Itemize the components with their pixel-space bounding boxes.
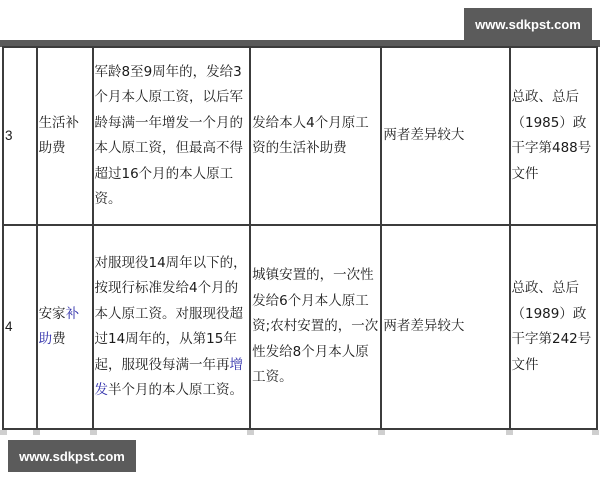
- border-stub: [247, 430, 254, 435]
- watermark-bottom: www.sdkpst.com: [8, 440, 136, 472]
- row-number: 4: [3, 225, 37, 429]
- border-stub: [506, 430, 513, 435]
- item-name: 安家补助费: [37, 225, 93, 429]
- border-stub: [90, 430, 97, 435]
- source-document: 总政、总后（1985）政干字第488号文件: [510, 47, 598, 225]
- item-name: 生活补助费: [37, 47, 93, 225]
- old-policy-text: 对服现役14周年以下的，按现行标准发给4个月的本人原工资。对服现役超过14周年的…: [95, 255, 247, 373]
- border-stub: [0, 430, 7, 435]
- row-number: 3: [3, 47, 37, 225]
- watermark-top: www.sdkpst.com: [464, 8, 592, 40]
- border-stub: [592, 430, 599, 435]
- source-document: 总政、总后（1989）政干字第242号文件: [510, 225, 598, 429]
- old-policy: 对服现役14周年以下的，按现行标准发给4个月的本人原工资。对服现役超过14周年的…: [93, 225, 251, 429]
- old-policy: 军龄8至9周年的，发给3个月本人原工资，以后军龄每满一年增发一个月的本人原工资，…: [93, 47, 251, 225]
- border-stub: [33, 430, 40, 435]
- item-name-text: 费: [52, 331, 66, 347]
- difference: 两者差异较大: [381, 47, 509, 225]
- watermark-text: www.sdkpst.com: [475, 17, 581, 32]
- old-policy-text: 半个月的本人原工资。: [108, 382, 243, 398]
- watermark-text: www.sdkpst.com: [19, 449, 125, 464]
- item-name-text: 安家: [39, 306, 66, 322]
- table-row: 4 安家补助费 对服现役14周年以下的，按现行标准发给4个月的本人原工资。对服现…: [3, 225, 597, 429]
- new-policy: 发给本人4个月原工资的生活补助费: [250, 47, 381, 225]
- difference: 两者差异较大: [381, 225, 509, 429]
- border-stub: [378, 430, 385, 435]
- table-row: 3 生活补助费 军龄8至9周年的，发给3个月本人原工资，以后军龄每满一年增发一个…: [3, 47, 597, 225]
- new-policy: 城镇安置的，一次性发给6个月本人原工资;农村安置的，一次性发给8个月本人原工资。: [250, 225, 381, 429]
- policy-comparison-table: 3 生活补助费 军龄8至9周年的，发给3个月本人原工资，以后军龄每满一年增发一个…: [2, 46, 598, 430]
